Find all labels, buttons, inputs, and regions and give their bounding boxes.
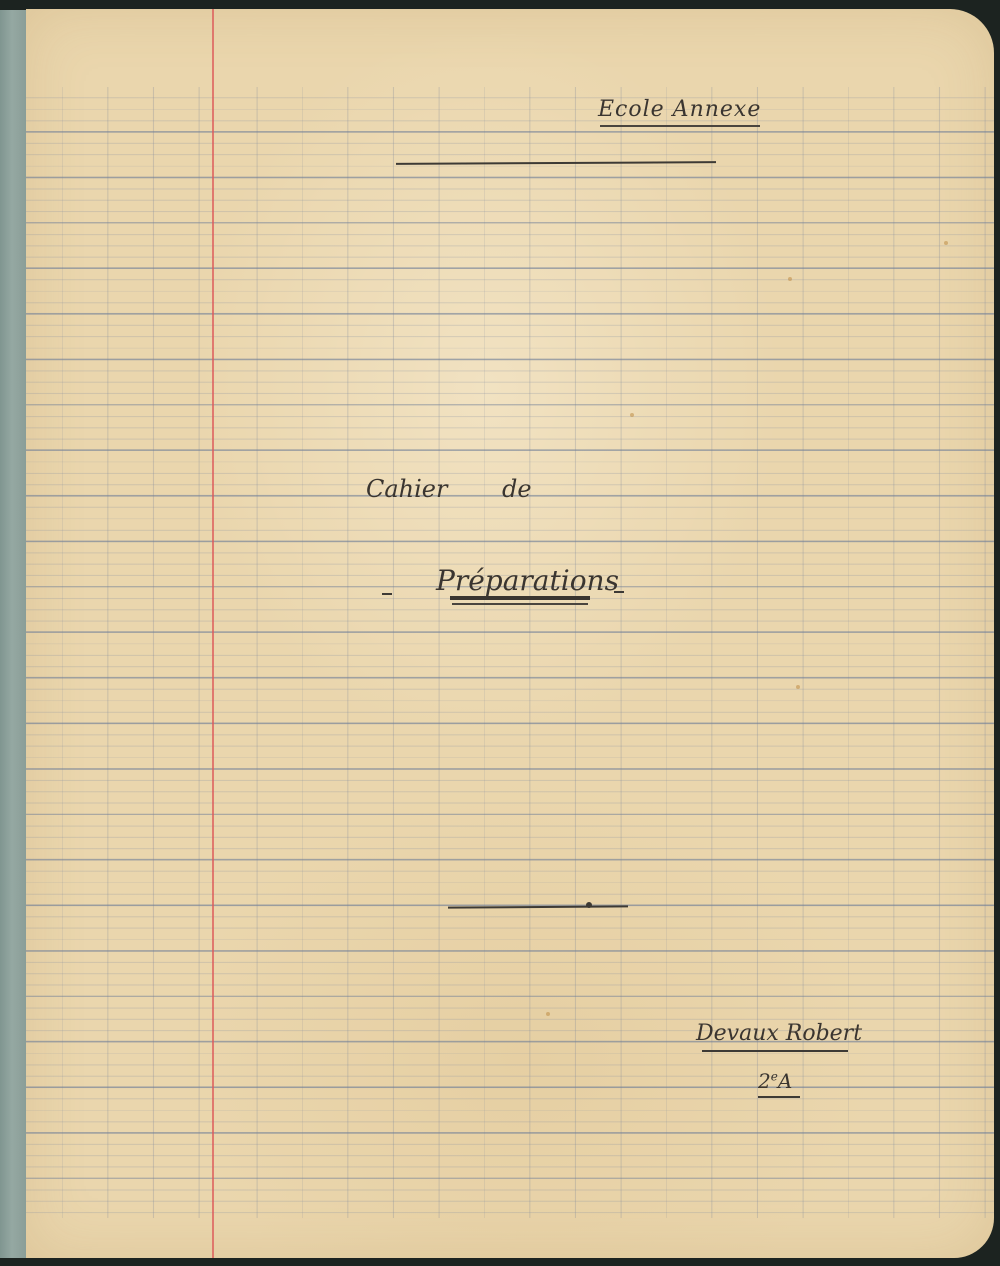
- paper-stain: [630, 413, 634, 417]
- title-word-de: de: [502, 475, 532, 503]
- paper-stain: [944, 241, 948, 245]
- class-label: 2eA: [758, 1069, 792, 1093]
- main-title: Préparations: [436, 564, 619, 597]
- title-word-cahier: Cahier: [366, 475, 447, 503]
- main-title-underline-second: [452, 603, 588, 605]
- class-number: 2: [758, 1069, 771, 1093]
- author-name: Devaux Robert: [696, 1021, 862, 1046]
- school-underline: [600, 125, 760, 127]
- paper-stain: [788, 277, 792, 281]
- class-superscript: e: [771, 1069, 778, 1083]
- paper-stain: [796, 685, 800, 689]
- main-title-underline: [450, 596, 590, 600]
- title-dash-right: [614, 591, 624, 593]
- class-underline: [758, 1096, 800, 1098]
- class-section: A: [778, 1069, 792, 1093]
- red-margin-line: [212, 9, 214, 1258]
- author-underline: [702, 1050, 848, 1052]
- notebook-page: Ecole Annexe Cahier de Préparations Deva…: [26, 9, 994, 1258]
- paper-stain: [546, 1012, 550, 1016]
- school-name: Ecole Annexe: [598, 97, 761, 122]
- seyes-grid: [26, 9, 994, 1258]
- ink-dot: [586, 902, 592, 908]
- title-dash-left: [382, 593, 392, 595]
